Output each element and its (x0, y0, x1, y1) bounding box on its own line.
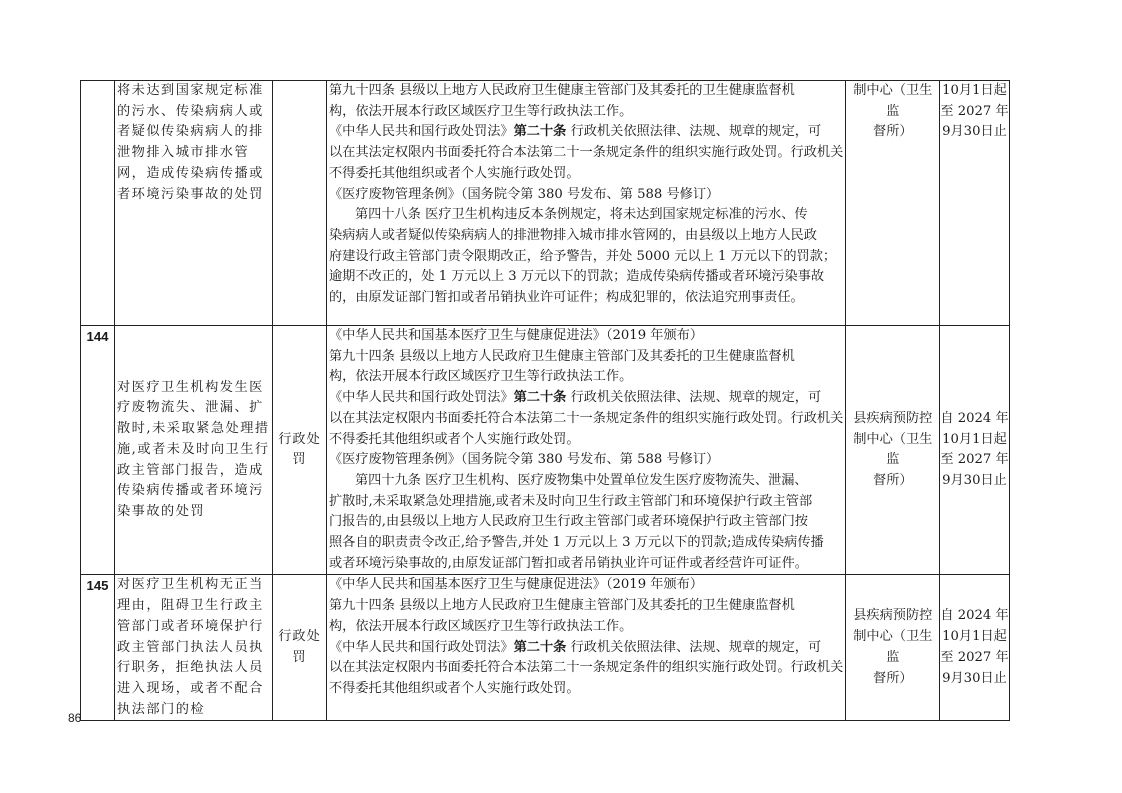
responsible-org: 县疾病预防控 制中心（卫生监 督所） (846, 326, 940, 575)
org-line: 督所） (848, 669, 937, 690)
item-type: 行政处罚 (273, 326, 327, 575)
basis-line: 不得委托其他组织或者个人实施行政处罚。 (329, 430, 843, 451)
basis-line: 第四十八条 医疗卫生机构违反本条例规定，将未达到国家规定标准的污水、传 (329, 205, 843, 226)
basis-line: 以在其法定权限内书面委托符合本法第二十一条规定条件的组织实施行政处罚。行政机关 (329, 143, 843, 164)
date-line: 9月30日止 (940, 471, 1008, 492)
org-line: 制中心（卫生监 (848, 430, 937, 471)
basis-line: 《医疗废物管理条例》（国务院令第 380 号发布、第 588 号修订） (329, 185, 843, 206)
basis-line: 第九十四条 县级以上地方人民政府卫生健康主管部门及其委托的卫生健康监督机 (329, 81, 843, 102)
org-line: 制中心（卫生监 (848, 81, 937, 122)
basis-line: 以在其法定权限内书面委托符合本法第二十一条规定条件的组织实施行政处罚。行政机关 (329, 409, 843, 430)
basis-line: 第九十四条 县级以上地方人民政府卫生健康主管部门及其委托的卫生健康监督机 (329, 596, 843, 617)
basis-line: 构，依法开展本行政区域医疗卫生等行政执法工作。 (329, 102, 843, 123)
item-name: 将未达到国家规定标准的污水、传染病病人或者疑似传染病病人的排泄物排入城市排水管网… (115, 81, 273, 326)
article-text: 行政机关依照法律、法规、规章的规定，可 (566, 390, 821, 405)
article-text: 行政机关依照法律、法规、规章的规定，可 (566, 124, 821, 139)
basis-line: 构，依法开展本行政区域医疗卫生等行政执法工作。 (329, 617, 843, 638)
basis-line: 第九十四条 县级以上地方人民政府卫生健康主管部门及其委托的卫生健康监督机 (329, 347, 843, 368)
item-name: 对医疗卫生机构无正当理由，阻碍卫生行政主管部门或者环境保护行政主管部门执法人员执… (115, 575, 273, 721)
basis-line: 不得委托其他组织或者个人实施行政处罚。 (329, 164, 843, 185)
basis-line: 照各自的职责责令改正,给予警告,并处 1 万元以上 3 万元以下的罚款;造成传染… (329, 533, 843, 554)
basis-line: 《中华人民共和国基本医疗卫生与健康促进法》（2019 年颁布） (329, 326, 843, 347)
basis-line: 逾期不改正的，处 1 万元以上 3 万元以下的罚款；造成传染病传播或者环境污染事… (329, 267, 843, 288)
item-number: 145 (81, 575, 115, 721)
basis-line: 或者环境污染事故的,由原发证部门暂扣或者吊销执业许可证件或者经营许可证件。 (329, 554, 843, 575)
basis-line: 《中华人民共和国行政处罚法》第二十条 行政机关依照法律、法规、规章的规定，可 (329, 388, 843, 409)
item-type: 行政处罚 (273, 575, 327, 721)
basis-line: 的，由原发证部门暂扣或者吊销执业许可证件；构成犯罪的，依法追究刑事责任。 (329, 288, 843, 309)
basis-line: 门报告的,由县级以上地方人民政府卫生行政主管部门或者环境保护行政主管部门按 (329, 512, 843, 533)
basis-line: 以在其法定权限内书面委托符合本法第二十一条规定条件的组织实施行政处罚。行政机关 (329, 658, 843, 679)
org-line: 制中心（卫生监 (848, 627, 937, 668)
item-type (273, 81, 327, 326)
legal-basis: 《中华人民共和国基本医疗卫生与健康促进法》（2019 年颁布） 第九十四条 县级… (327, 575, 846, 721)
date-line: 至 2027 年 (940, 102, 1008, 123)
table-row: 将未达到国家规定标准的污水、传染病病人或者疑似传染病病人的排泄物排入城市排水管网… (81, 81, 1010, 326)
article-number: 第二十条 (514, 124, 567, 139)
basis-line: 《中华人民共和国行政处罚法》第二十条 行政机关依照法律、法规、规章的规定，可 (329, 122, 843, 143)
date-line: 自 2024 年 (940, 606, 1008, 627)
basis-line: 《中华人民共和国基本医疗卫生与健康促进法》（2019 年颁布） (329, 575, 843, 596)
date-line: 10月1日起 (940, 627, 1008, 648)
org-line: 督所） (848, 471, 937, 492)
article-number: 第二十条 (514, 640, 567, 655)
date-line: 9月30日止 (940, 122, 1008, 143)
item-number: 144 (81, 326, 115, 575)
date-line: 至 2027 年 (940, 450, 1008, 471)
org-line: 县疾病预防控 (848, 606, 937, 627)
article-number: 第二十条 (514, 390, 567, 405)
legal-basis: 第九十四条 县级以上地方人民政府卫生健康主管部门及其委托的卫生健康监督机 构，依… (327, 81, 846, 326)
basis-line: 扩散时,未采取紧急处理措施,或者未及时向卫生行政主管部门和环境保护行政主管部 (329, 492, 843, 513)
basis-line: 不得委托其他组织或者个人实施行政处罚。 (329, 679, 843, 700)
date-line: 10月1日起 (940, 81, 1008, 102)
item-name: 对医疗卫生机构发生医疗废物流失、泄漏、扩散时,未采取紧急处理措施,或者未及时向卫… (115, 326, 273, 575)
basis-line: 《中华人民共和国行政处罚法》第二十条 行政机关依照法律、法规、规章的规定，可 (329, 638, 843, 659)
basis-line: 《医疗废物管理条例》（国务院令第 380 号发布、第 588 号修订） (329, 450, 843, 471)
penalty-items-table: 将未达到国家规定标准的污水、传染病病人或者疑似传染病病人的排泄物排入城市排水管网… (80, 80, 1010, 721)
table-row: 144 对医疗卫生机构发生医疗废物流失、泄漏、扩散时,未采取紧急处理措施,或者未… (81, 326, 1010, 575)
item-number (81, 81, 115, 326)
responsible-org: 县疾病预防控 制中心（卫生监 督所） (846, 575, 940, 721)
validity-period: 自 2024 年 10月1日起 至 2027 年 9月30日止 (940, 326, 1009, 575)
law-title: 《中华人民共和国行政处罚法》 (329, 640, 514, 655)
legal-basis: 《中华人民共和国基本医疗卫生与健康促进法》（2019 年颁布） 第九十四条 县级… (327, 326, 846, 575)
date-line: 9月30日止 (940, 669, 1008, 690)
responsible-org: 制中心（卫生监 督所） (846, 81, 940, 326)
page-number: 86 (68, 711, 81, 725)
basis-line: 染病病人或者疑似传染病病人的排泄物排入城市排水管网的，由县级以上地方人民政 (329, 226, 843, 247)
table-row: 145 对医疗卫生机构无正当理由，阻碍卫生行政主管部门或者环境保护行政主管部门执… (81, 575, 1010, 721)
date-line: 自 2024 年 (940, 409, 1008, 430)
article-text: 行政机关依照法律、法规、规章的规定，可 (566, 640, 821, 655)
validity-period: 自 2024 年 10月1日起 至 2027 年 9月30日止 (940, 575, 1009, 721)
law-title: 《中华人民共和国行政处罚法》 (329, 390, 514, 405)
org-line: 县疾病预防控 (848, 409, 937, 430)
basis-line: 构，依法开展本行政区域医疗卫生等行政执法工作。 (329, 367, 843, 388)
basis-line: 府建设行政主管部门责令限期改正，给予警告，并处 5000 元以上 1 万元以下的… (329, 247, 843, 268)
law-title: 《中华人民共和国行政处罚法》 (329, 124, 514, 139)
date-line: 至 2027 年 (940, 648, 1008, 669)
validity-period: 10月1日起 至 2027 年 9月30日止 (940, 81, 1009, 326)
date-line: 10月1日起 (940, 430, 1008, 451)
org-line: 督所） (848, 122, 937, 143)
basis-line: 第四十九条 医疗卫生机构、医疗废物集中处置单位发生医疗废物流失、泄漏、 (329, 471, 843, 492)
